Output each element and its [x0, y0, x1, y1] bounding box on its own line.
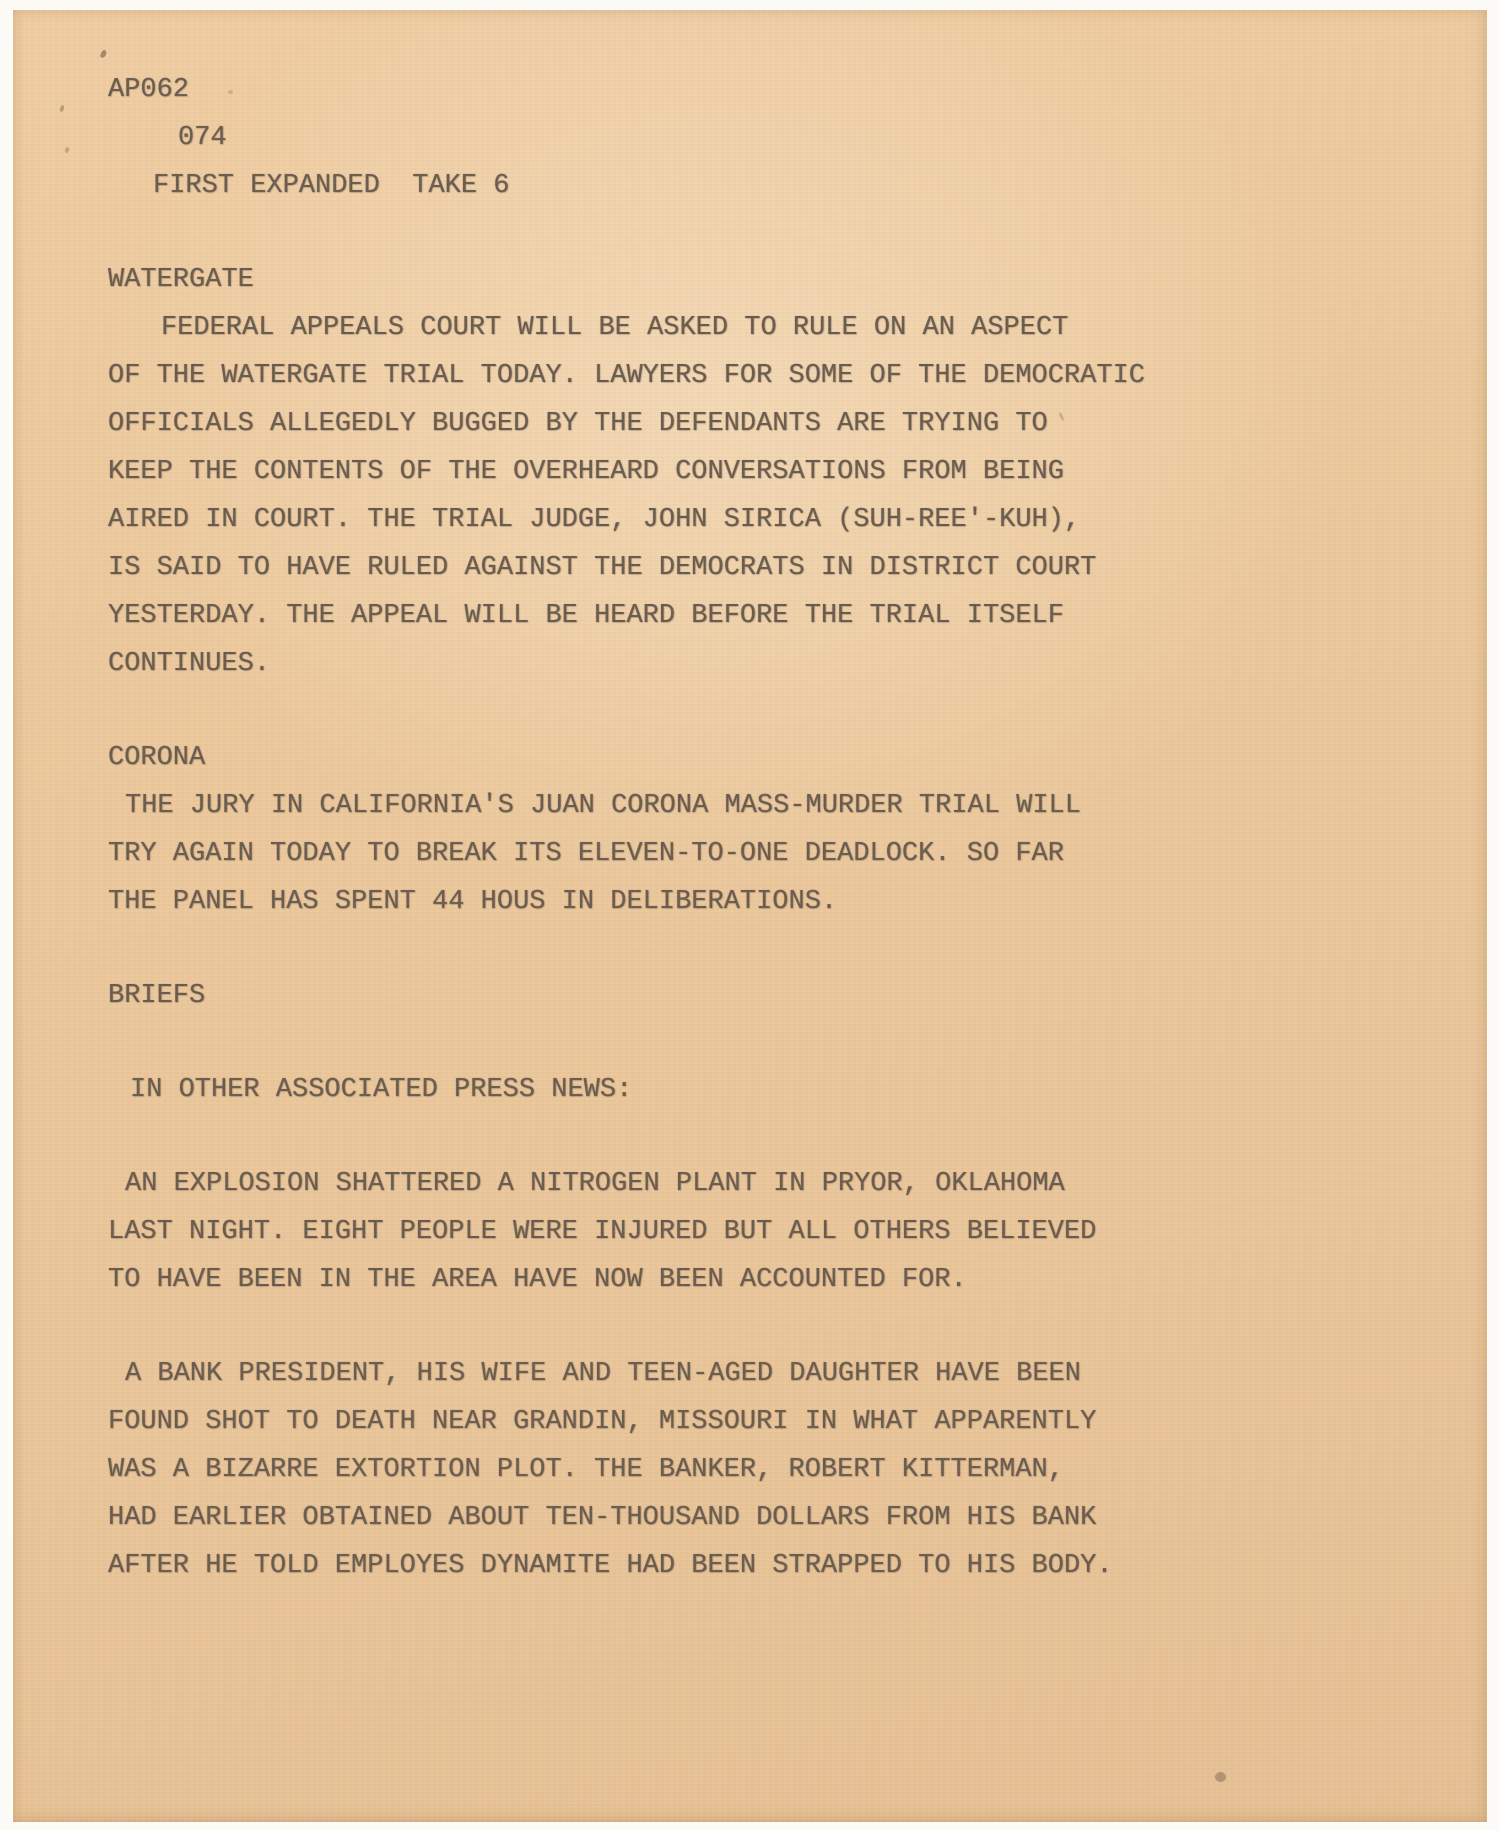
body-line: CONTINUES. — [108, 640, 1348, 688]
wire-copy-sheet: AP062 074 FIRST EXPANDED TAKE 6 WATERGAT… — [13, 10, 1487, 1822]
body-line: AFTER HE TOLD EMPLOYES DYNAMITE HAD BEEN… — [108, 1542, 1348, 1590]
paper-speck — [99, 49, 107, 58]
typewritten-text: AP062 074 FIRST EXPANDED TAKE 6 WATERGAT… — [108, 66, 1348, 1590]
body-line: TRY AGAIN TODAY TO BREAK ITS ELEVEN-TO-O… — [108, 830, 1348, 878]
section-briefs: BRIEFS IN OTHER ASSOCIATED PRESS NEWS: A… — [108, 972, 1348, 1590]
body-line: AN EXPLOSION SHATTERED A NITROGEN PLANT … — [108, 1160, 1348, 1208]
section-corona: CORONA THE JURY IN CALIFORNIA'S JUAN COR… — [108, 734, 1348, 926]
paper-speck — [59, 105, 65, 113]
body-line: OF THE WATERGATE TRIAL TODAY. LAWYERS FO… — [108, 352, 1348, 400]
section-watergate: WATERGATE FEDERAL APPEALS COURT WILL BE … — [108, 256, 1348, 688]
body-line: FOUND SHOT TO DEATH NEAR GRANDIN, MISSOU… — [108, 1398, 1348, 1446]
body-line: FEDERAL APPEALS COURT WILL BE ASKED TO R… — [108, 304, 1348, 352]
body-line: YESTERDAY. THE APPEAL WILL BE HEARD BEFO… — [108, 592, 1348, 640]
paper-speck — [1215, 1772, 1226, 1782]
body-line: THE JURY IN CALIFORNIA'S JUAN CORONA MAS… — [108, 782, 1348, 830]
body-line: TO HAVE BEEN IN THE AREA HAVE NOW BEEN A… — [108, 1256, 1348, 1304]
wire-take-title: FIRST EXPANDED TAKE 6 — [108, 162, 1348, 210]
scanned-document: AP062 074 FIRST EXPANDED TAKE 6 WATERGAT… — [0, 0, 1500, 1831]
paper-speck — [64, 147, 69, 154]
wire-slug: AP062 — [108, 66, 1348, 114]
section-heading: BRIEFS — [108, 972, 1348, 1020]
section-heading: CORONA — [108, 734, 1348, 782]
body-line: HAD EARLIER OBTAINED ABOUT TEN-THOUSAND … — [108, 1494, 1348, 1542]
body-line: OFFICIALS ALLEGEDLY BUGGED BY THE DEFEND… — [108, 400, 1348, 448]
brief-explosion: AN EXPLOSION SHATTERED A NITROGEN PLANT … — [108, 1160, 1348, 1304]
body-line: IS SAID TO HAVE RULED AGAINST THE DEMOCR… — [108, 544, 1348, 592]
body-line: LAST NIGHT. EIGHT PEOPLE WERE INJURED BU… — [108, 1208, 1348, 1256]
wire-sequence-number: 074 — [108, 114, 1348, 162]
body-line: KEEP THE CONTENTS OF THE OVERHEARD CONVE… — [108, 448, 1348, 496]
briefs-lead-in: IN OTHER ASSOCIATED PRESS NEWS: — [108, 1066, 1348, 1114]
body-line: WAS A BIZARRE EXTORTION PLOT. THE BANKER… — [108, 1446, 1348, 1494]
section-heading: WATERGATE — [108, 256, 1348, 304]
body-line: AIRED IN COURT. THE TRIAL JUDGE, JOHN SI… — [108, 496, 1348, 544]
body-line: THE PANEL HAS SPENT 44 HOUS IN DELIBERAT… — [108, 878, 1348, 926]
body-line: A BANK PRESIDENT, HIS WIFE AND TEEN-AGED… — [108, 1350, 1348, 1398]
brief-bank-president: A BANK PRESIDENT, HIS WIFE AND TEEN-AGED… — [108, 1350, 1348, 1590]
